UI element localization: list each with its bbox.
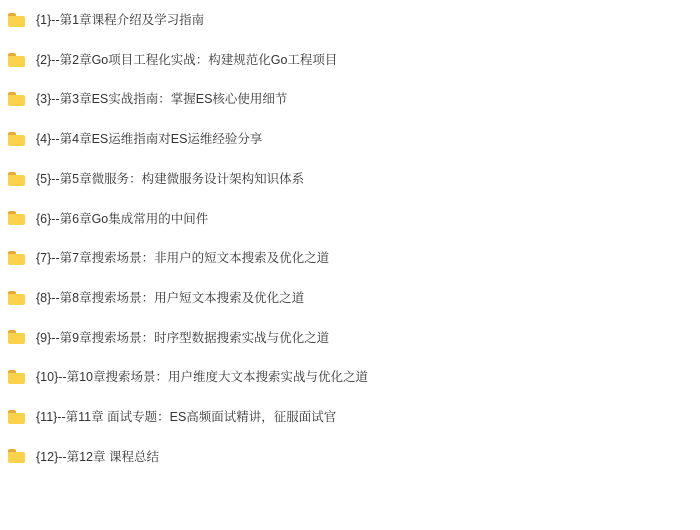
folder-row[interactable]: {12}--第12章 课程总结 (8, 437, 700, 477)
folder-label[interactable]: {8}--第8章搜索场景：用户短文本搜索及优化之道 (36, 291, 304, 305)
folder-row[interactable]: {7}--第7章搜索场景：非用户的短文本搜索及优化之道 (8, 238, 700, 278)
folder-row[interactable]: {8}--第8章搜索场景：用户短文本搜索及优化之道 (8, 278, 700, 318)
folder-icon (8, 330, 25, 344)
folder-label[interactable]: {3}--第3章ES实战指南：掌握ES核心使用细节 (36, 92, 287, 106)
folder-row[interactable]: {10}--第10章搜索场景：用户维度大文本搜索实战与优化之道 (8, 357, 700, 397)
folder-icon (8, 13, 25, 27)
folder-icon (8, 449, 25, 463)
folder-label[interactable]: {11}--第11章 面试专题：ES高频面试精讲，征服面试官 (36, 410, 336, 424)
folder-icon (8, 53, 25, 67)
folder-row[interactable]: {9}--第9章搜索场景：时序型数据搜索实战与优化之道 (8, 318, 700, 358)
folder-row[interactable]: {3}--第3章ES实战指南：掌握ES核心使用细节 (8, 79, 700, 119)
folder-row[interactable]: {11}--第11章 面试专题：ES高频面试精讲，征服面试官 (8, 397, 700, 437)
folder-icon (8, 92, 25, 106)
folder-row[interactable]: {2}--第2章Go项目工程化实战：构建规范化Go工程项目 (8, 40, 700, 80)
folder-icon (8, 410, 25, 424)
folder-row[interactable]: {4}--第4章ES运维指南对ES运维经验分享 (8, 119, 700, 159)
folder-row[interactable]: {5}--第5章微服务：构建微服务设计架构知识体系 (8, 159, 700, 199)
folder-icon (8, 291, 25, 305)
folder-label[interactable]: {10}--第10章搜索场景：用户维度大文本搜索实战与优化之道 (36, 370, 368, 384)
folder-row[interactable]: {6}--第6章Go集成常用的中间件 (8, 198, 700, 238)
folder-label[interactable]: {7}--第7章搜索场景：非用户的短文本搜索及优化之道 (36, 251, 329, 265)
folder-label[interactable]: {9}--第9章搜索场景：时序型数据搜索实战与优化之道 (36, 331, 329, 345)
folder-icon (8, 251, 25, 265)
folder-icon (8, 211, 25, 225)
folder-label[interactable]: {4}--第4章ES运维指南对ES运维经验分享 (36, 132, 262, 146)
folder-label[interactable]: {12}--第12章 课程总结 (36, 450, 159, 464)
folder-icon (8, 172, 25, 186)
folder-icon (8, 370, 25, 384)
folder-list: {1}--第1章课程介绍及学习指南 {2}--第2章Go项目工程化实战：构建规范… (0, 0, 700, 476)
folder-icon (8, 132, 25, 146)
folder-label[interactable]: {5}--第5章微服务：构建微服务设计架构知识体系 (36, 172, 304, 186)
folder-label[interactable]: {2}--第2章Go项目工程化实战：构建规范化Go工程项目 (36, 53, 337, 67)
folder-label[interactable]: {1}--第1章课程介绍及学习指南 (36, 13, 204, 27)
folder-row[interactable]: {1}--第1章课程介绍及学习指南 (8, 0, 700, 40)
folder-label[interactable]: {6}--第6章Go集成常用的中间件 (36, 212, 208, 226)
